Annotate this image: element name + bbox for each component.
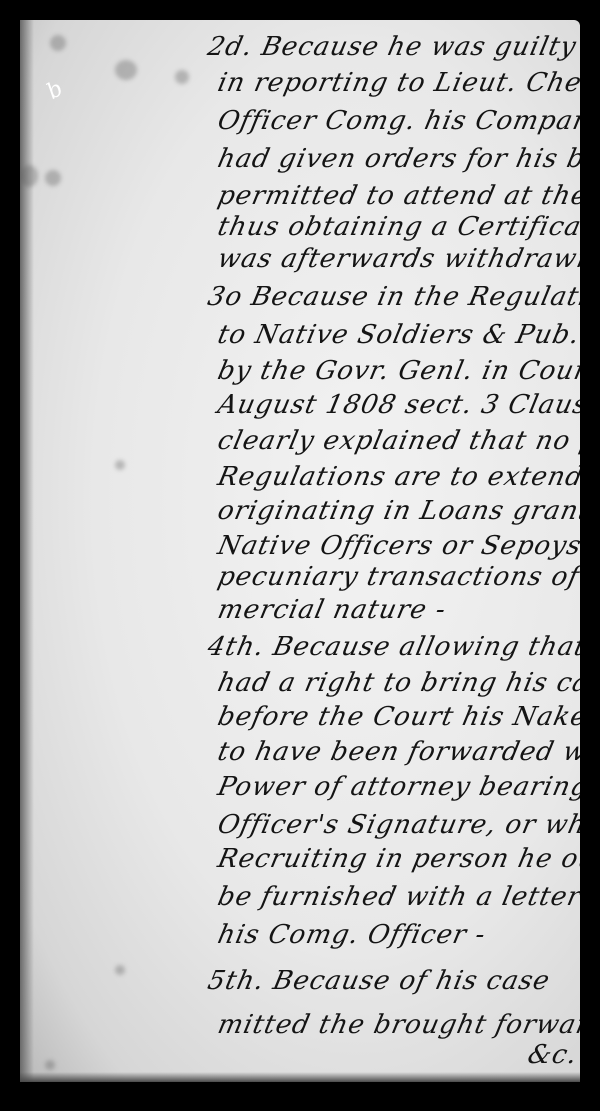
manuscript-line: originating in Loans granted bbox=[215, 496, 580, 526]
manuscript-line: August 1808 sect. 3 Clause 6 bbox=[215, 390, 580, 420]
manuscript-line: mercial nature - bbox=[215, 595, 449, 625]
manuscript-line: Officer Comg. his Company, that he bbox=[215, 106, 580, 136]
manuscript-line: 2d. Because he was guilty of bbox=[205, 32, 580, 62]
manuscript-line: before the Court his Nakeel bbox=[215, 702, 580, 732]
manuscript-line: to have been forwarded with bbox=[215, 737, 580, 767]
manuscript-line: Officer's Signature, or when bbox=[215, 810, 580, 840]
stain-spot bbox=[45, 170, 61, 186]
manuscript-line: Power of attorney bearing the bbox=[215, 772, 580, 802]
manuscript-line: mitted the brought forward bbox=[215, 1010, 580, 1040]
manuscript-line: Recruiting in person he ough bbox=[215, 844, 580, 874]
manuscript-line: &c. bbox=[525, 1040, 580, 1070]
stain-spot bbox=[115, 460, 125, 470]
manuscript-line: Regulations are to extend to Cla bbox=[215, 462, 580, 492]
manuscript-line: Native Officers or Sepoys or bbox=[215, 531, 580, 561]
manuscript-line: to Native Soldiers & Pub. in Ge bbox=[215, 320, 580, 350]
stain-spot bbox=[50, 35, 66, 51]
stain-spot bbox=[175, 70, 189, 84]
manuscript-line: 3o Because in the Regulations bbox=[205, 282, 580, 312]
manuscript-line: 4th. Because allowing that he bbox=[205, 632, 580, 662]
manuscript-line: had a right to bring his ca bbox=[215, 668, 580, 698]
manuscript-line: clearly explained that no part bbox=[215, 426, 580, 456]
manuscript-page: b 2d. Because he was guilty ofin reporti… bbox=[20, 20, 580, 1082]
manuscript-line: by the Govr. Genl. in Council 23 bbox=[215, 356, 580, 386]
manuscript-line: permitted to attend at the Pa bbox=[215, 181, 580, 211]
manuscript-line: 5th. Because of his case bbox=[205, 966, 553, 996]
stain-spot bbox=[115, 60, 137, 80]
manuscript-line: pecuniary transactions of a bbox=[215, 562, 580, 592]
stain-spot bbox=[45, 1060, 55, 1070]
manuscript-line: had given orders for his being bbox=[215, 144, 580, 174]
margin-mark: b bbox=[43, 76, 68, 105]
manuscript-line: his Comg. Officer - bbox=[215, 920, 489, 950]
stain-spot bbox=[20, 165, 38, 187]
manuscript-line: thus obtaining a Certificate w bbox=[215, 212, 580, 242]
manuscript-line: in reporting to Lieut. Chester, bbox=[215, 68, 580, 98]
stain-spot bbox=[115, 965, 125, 975]
manuscript-line: was afterwards withdrawn bbox=[215, 244, 580, 274]
manuscript-line: be furnished with a letter bbox=[215, 882, 580, 912]
